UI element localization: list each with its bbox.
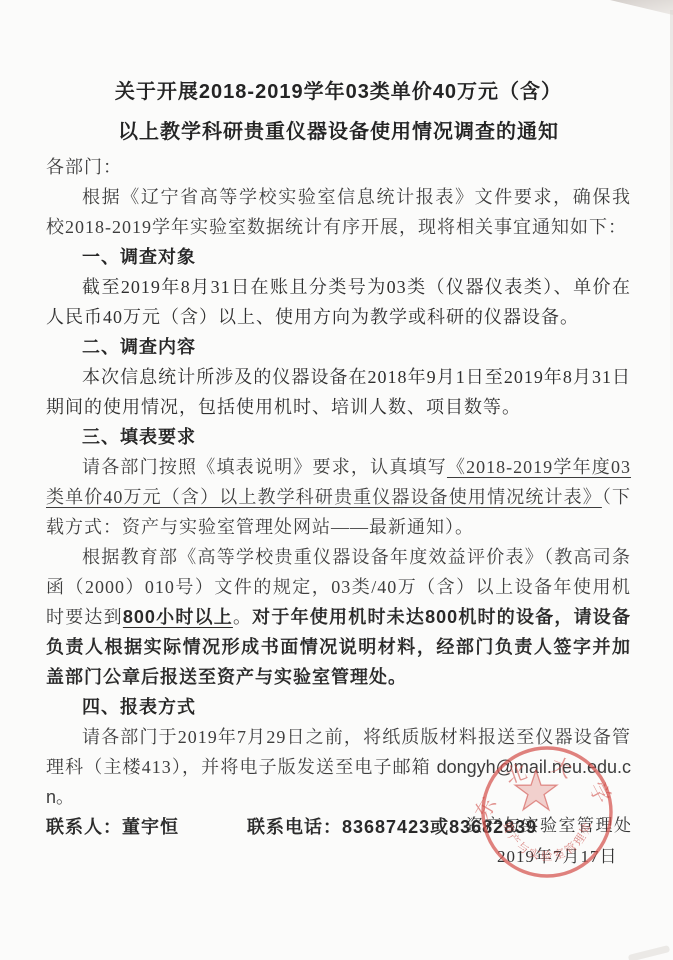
period-mark: 。: [56, 787, 75, 807]
signing-org: 资产与实验室管理处: [466, 811, 633, 836]
section-2-heading: 二、调查内容: [46, 332, 631, 362]
scan-smudge-bottom-right: [628, 945, 670, 960]
section-2-body: 本次信息统计所涉及的仪器设备在2018年9月1日至2019年8月31日期间的使用…: [46, 362, 631, 422]
section-4-heading: 四、报表方式: [46, 692, 631, 722]
section-4-body: 请各部门于2019年7月29日之前，将纸质版材料报送至仪器设备管理科（主楼413…: [46, 722, 631, 812]
section-3-paragraph-2: 根据教育部《高等学校贵重仪器设备年度效益评价表》（教高司条函（2000）010号…: [46, 542, 631, 692]
notice-body: 关于开展2018-2019学年03类单价40万元（含） 以上教学科研贵重仪器设备…: [0, 0, 673, 842]
contact-person: 联系人：董宇恒: [46, 817, 179, 837]
fill-form-instruction: 请各部门按照《填表说明》要求，认真填写: [82, 457, 447, 477]
salutation: 各部门：: [46, 152, 631, 182]
usage-hours-requirement: 800小时以上: [123, 607, 233, 627]
title-line-1: 关于开展2018-2019学年03类单价40万元（含）: [46, 72, 631, 112]
period-mark: 。: [233, 607, 252, 627]
document-page: 关于开展2018-2019学年03类单价40万元（含） 以上教学科研贵重仪器设备…: [0, 0, 673, 960]
intro-paragraph: 根据《辽宁省高等学校实验室信息统计报表》文件要求，确保我校2018-2019学年…: [46, 182, 631, 242]
section-3-paragraph-1: 请各部门按照《填表说明》要求，认真填写《2018-2019学年度03类单价40万…: [46, 452, 631, 542]
title-line-2: 以上教学科研贵重仪器设备使用情况调查的通知: [46, 112, 631, 152]
signing-date: 2019年7月17日: [497, 842, 618, 867]
notice-title: 关于开展2018-2019学年03类单价40万元（含） 以上教学科研贵重仪器设备…: [46, 72, 631, 152]
section-1-heading: 一、调查对象: [46, 242, 631, 272]
section-1-body: 截至2019年8月31日在账且分类号为03类（仪器仪表类）、单价在人民币40万元…: [46, 272, 631, 332]
section-3-heading: 三、填表要求: [46, 422, 631, 452]
